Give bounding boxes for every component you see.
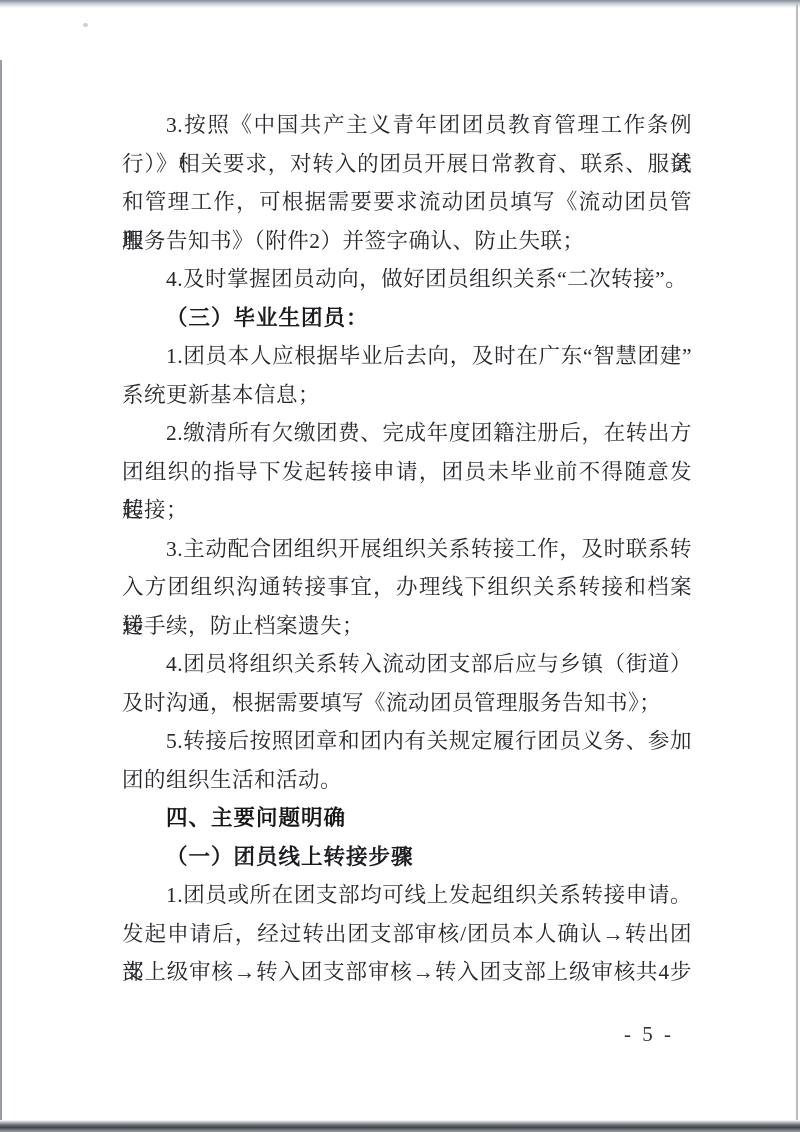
text-line: 系统更新基本信息； [122,376,692,415]
text-line: 3.主动配合团组织开展组织关系转接工作，及时联系转 [122,530,692,569]
text-line: 团组织的指导下发起转接申请，团员未毕业前不得随意发起 [122,453,692,492]
text-line: 及时沟通，根据需要填写《流动团员管理服务告知书》； [122,684,692,723]
text-line: 5.转接后按照团章和团内有关规定履行团员义务、参加 [122,722,692,761]
text-line: 1.团员或所在团支部均可线上发起组织关系转接申请。 [122,876,692,915]
text-line: 3.按照《中国共产主义青年团团员教育管理工作条例（试 [122,106,692,145]
text-line: 2.缴清所有欠缴团费、完成年度团籍注册后，在转出方 [122,414,692,453]
text-line: 四、主要问题明确 [122,799,692,838]
text-line: 递手续，防止档案遗失； [122,607,692,646]
text-line: 4.团员将组织关系转入流动团支部后应与乡镇（街道） [122,645,692,684]
text-line: 行）》相关要求，对转入的团员开展日常教育、联系、服务 [122,145,692,184]
text-line: 转接； [122,491,692,530]
text-block: 3.按照《中国共产主义青年团团员教育管理工作条例（试行）》相关要求，对转入的团员… [122,106,692,992]
text-line: 和管理工作，可根据需要要求流动团员填写《流动团员管理 [122,183,692,222]
scan-edge-top [0,0,800,8]
text-line: 1.团员本人应根据毕业后去向，及时在广东“智慧团建” [122,337,692,376]
text-line: 团的组织生活和活动。 [122,761,692,800]
text-line: 发起申请后，经过转出团支部审核/团员本人确认→转出团支 [122,915,692,954]
text-line: 部上级审核→转入团支部审核→转入团支部上级审核共4步 [122,953,692,992]
document-page: 3.按照《中国共产主义青年团团员教育管理工作条例（试行）》相关要求，对转入的团员… [0,0,800,1132]
text-line: （一）团员线上转接步骤 [122,838,692,877]
text-line: 4.及时掌握团员动向，做好团员组织关系“二次转接”。 [122,260,692,299]
scan-edge-left [0,60,2,1122]
text-line: 服务告知书》（附件2）并签字确认、防止失联； [122,222,692,261]
scan-speck [83,23,88,27]
page-number: - 5 - [122,1022,692,1047]
scan-edge-bottom [0,1120,800,1132]
text-line: （三）毕业生团员： [122,299,692,338]
scan-edge-right [796,4,798,1122]
text-line: 入方团组织沟通转接事宜，办理线下组织关系转接和档案转 [122,568,692,607]
